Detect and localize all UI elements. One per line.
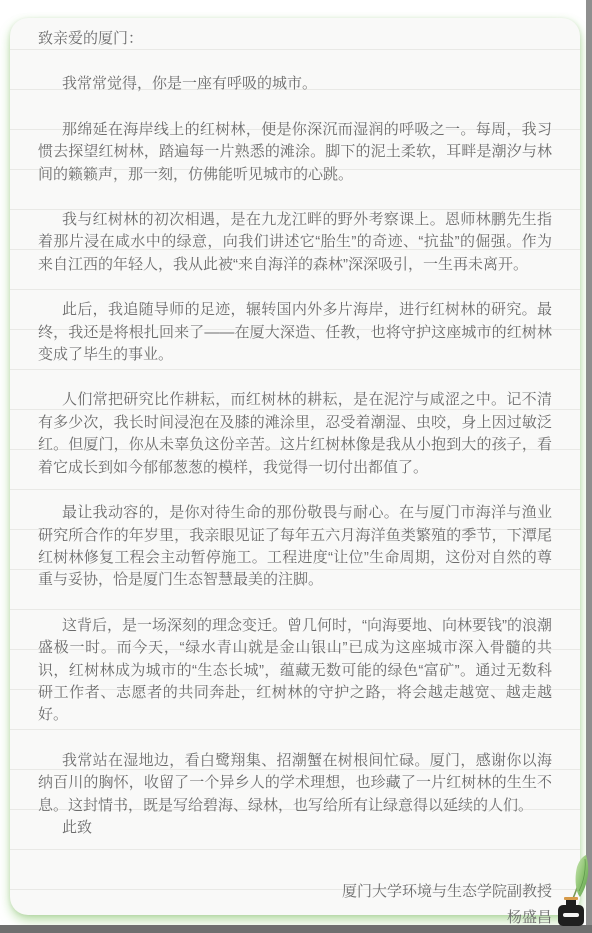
letter-paragraph: 那绵延在海岸线上的红树林，便是你深沉而湿润的呼吸之一。每周，我习惯去探望红树林，… (38, 119, 552, 186)
page: 致亲爱的厦门： 我常常觉得，你是一座有呼吸的城市。那绵延在海岸线上的红树林，便是… (0, 0, 592, 933)
letter-body: 我常常觉得，你是一座有呼吸的城市。那绵延在海岸线上的红树林，便是你深沉而湿润的呼… (38, 73, 552, 817)
letter-paragraph: 我常站在湿地边，看白鹭翔集、招潮蟹在树根间忙碌。厦门，感谢你以海纳百川的胸怀，收… (38, 750, 552, 817)
letter-closing: 此致 (38, 817, 552, 839)
letter-paragraph: 这背后，是一场深刻的理念变迁。曾几何时，“向海要地、向林要钱”的浪潮盛极一时。而… (38, 615, 552, 727)
ink-bottle-label (563, 913, 579, 917)
letter-salutation: 致亲爱的厦门： (38, 28, 552, 50)
ink-bottle-cap (564, 897, 578, 900)
letter-paragraph: 此后，我追随导师的足迹，辗转国内外多片海岸，进行红树林的研究。最终，我还是将根扎… (38, 299, 552, 366)
quill-and-ink-bottle-icon (553, 853, 591, 929)
letter-paragraph: 人们常把研究比作耕耘，而红树林的耕耘，是在泥泞与咸涩之中。记不清有多少次，我长时… (38, 389, 552, 479)
letter-paragraph: 我常常觉得，你是一座有呼吸的城市。 (38, 73, 552, 95)
scrollbar[interactable] (586, 0, 592, 925)
letter-paragraph: 最让我动容的，是你对待生命的那份敬畏与耐心。在与厦门市海洋与渔业研究所合作的年岁… (38, 502, 552, 592)
signature-title: 厦门大学环境与生态学院副教授 (38, 879, 552, 905)
bottom-bar (0, 925, 592, 933)
feather (576, 855, 589, 897)
letter-paragraph: 我与红树林的初次相遇，是在九龙江畔的野外考察课上。恩师林鹏先生指着那片浸在咸水中… (38, 209, 552, 276)
signature-block: 厦门大学环境与生态学院副教授 杨盛昌 (38, 879, 552, 930)
letter-paper: 致亲爱的厦门： 我常常觉得，你是一座有呼吸的城市。那绵延在海岸线上的红树林，便是… (10, 18, 580, 915)
